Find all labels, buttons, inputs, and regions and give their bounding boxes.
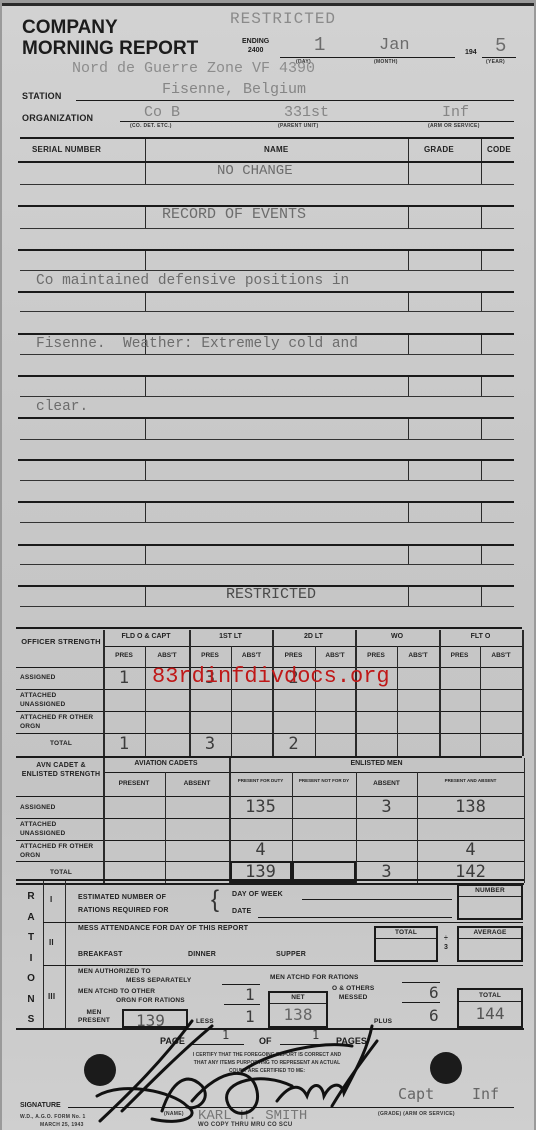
officer-cell[interactable]: 1 [103, 667, 145, 689]
enlisted-cell[interactable] [292, 840, 356, 861]
col-divider [481, 251, 482, 270]
divisor: 3 [441, 943, 451, 952]
col-divider [145, 546, 146, 564]
day-of-week-label: DAY OF WEEK [232, 891, 283, 898]
mess-total-label: TOTAL [376, 928, 436, 939]
men-atchd-other-value: 1 [245, 985, 255, 1004]
officer-cell[interactable] [315, 689, 355, 711]
supper-label: SUPPER [276, 951, 306, 958]
date-field[interactable] [258, 917, 452, 918]
col-divider [145, 587, 146, 606]
rations-side-letter: T [24, 928, 38, 949]
officer-cell[interactable] [397, 667, 439, 689]
average-label: AVERAGE [459, 928, 521, 939]
officer-cell[interactable] [103, 689, 145, 711]
officer-strength-title: OFFICER STRENGTH [18, 637, 104, 646]
roster-rule-thick [18, 544, 514, 546]
org-arm-caption: (ARM OR SERVICE) [428, 123, 480, 129]
col-divider [408, 335, 409, 354]
enlisted-cell[interactable] [103, 796, 165, 818]
officer-cell[interactable] [103, 711, 145, 733]
officer-cell[interactable] [439, 667, 480, 689]
col-grade: GRADE [424, 145, 454, 154]
enlisted-row-line [16, 883, 524, 885]
rations-total-label: TOTAL [459, 990, 521, 1002]
col-divider [481, 335, 482, 354]
officer-row-label: ATTACHED UNASSIGNED [20, 691, 102, 709]
officer-cell[interactable] [272, 689, 315, 711]
roster-rule-thin [20, 606, 514, 607]
officer-subcol-header: PRES [189, 652, 231, 659]
col-divider [481, 139, 482, 161]
officer-subcol-header: PRES [272, 652, 315, 659]
col-divider [481, 587, 482, 606]
divide-by-three: ÷ 3 [441, 934, 451, 952]
officer-row-label: ASSIGNED [20, 673, 102, 682]
officer-subcol-header: ABS'T [231, 652, 272, 659]
officer-cell[interactable] [439, 689, 480, 711]
officer-cell[interactable] [397, 689, 439, 711]
o-others-line2: MESSED [332, 993, 374, 1002]
roster-rule-thin [20, 184, 514, 185]
officer-cell[interactable] [355, 711, 397, 733]
enlisted-cell[interactable] [165, 840, 229, 861]
month-caption: (MONTH) [374, 59, 398, 65]
enlisted-cell[interactable]: 3 [356, 796, 417, 818]
org-company-caption: (CO. DET. ETC.) [130, 123, 172, 129]
col-name: NAME [264, 145, 288, 154]
month-value: Jan [379, 36, 410, 55]
officer-cell[interactable] [315, 711, 355, 733]
officer-subcol-header: ABS'T [397, 652, 439, 659]
officer-group-header: FLT O [439, 633, 522, 640]
rations-divider [65, 881, 66, 1028]
officer-cell[interactable] [439, 733, 480, 756]
officer-cell[interactable] [439, 711, 480, 733]
roster-rule-thick [18, 501, 514, 503]
officer-cell[interactable]: 1 [103, 733, 145, 756]
watermark-text: 83rdinfdivdocs.org [152, 664, 390, 689]
enlisted-cell[interactable] [356, 818, 417, 840]
officer-group-header: FLD O & CAPT [103, 633, 189, 640]
enlisted-row-label: ASSIGNED [20, 803, 102, 812]
average-box[interactable]: AVERAGE [457, 926, 523, 962]
officer-cell[interactable] [480, 667, 522, 689]
officer-cell[interactable] [480, 689, 522, 711]
ending-label: ENDING 2400 [242, 37, 269, 55]
org-unit-value: 331st [284, 104, 329, 121]
rations-total-value: 144 [459, 1002, 521, 1025]
officer-cell[interactable] [189, 711, 231, 733]
officer-cell[interactable] [145, 689, 189, 711]
officer-cell[interactable] [480, 733, 522, 756]
col-divider [481, 163, 482, 184]
breakfast-label: BREAKFAST [78, 951, 123, 958]
enlisted-cell[interactable] [417, 818, 524, 840]
officer-subcol-header: ABS'T [145, 652, 189, 659]
officer-subcol-header: PRES [439, 652, 480, 659]
col-divider [408, 207, 409, 228]
officer-subcol-header: PRES [103, 652, 145, 659]
enlisted-col-header: ABSENT [358, 779, 415, 788]
plus-value: 6 [429, 1006, 439, 1025]
event-line: Fisenne. Weather: Extremely cold and [36, 334, 358, 355]
officer-top-line [16, 627, 522, 629]
col-divider [481, 207, 482, 228]
morning-report-form: RESTRICTED COMPANY MORNING REPORT ENDING… [2, 3, 534, 1130]
enlisted-cell[interactable]: 4 [417, 840, 524, 861]
enlisted-col-header: ABSENT [167, 779, 227, 788]
enlisted-col-header: PRESENT NOT FOR DY [294, 776, 354, 785]
station-label: STATION [22, 91, 62, 101]
no-change-text: NO CHANGE [217, 163, 293, 179]
day-value: 1 [314, 34, 325, 56]
form-title-line1: COMPANY [22, 18, 118, 38]
form-title-line2: MORNING REPORT [22, 39, 198, 59]
officer-subcol-header: ABS'T [315, 652, 355, 659]
officer-group-header: 2D LT [272, 633, 355, 640]
men-atchd-other-underline [224, 1004, 260, 1005]
col-divider [408, 546, 409, 564]
grade-value: Capt [398, 1085, 434, 1103]
col-divider [481, 503, 482, 522]
org-unit-caption: (PARENT UNIT) [278, 123, 318, 129]
officer-row-label: TOTAL [20, 739, 102, 748]
roster-rule-thin [20, 564, 514, 565]
ending-label-1: ENDING [242, 37, 269, 46]
rations-section-line [43, 922, 523, 923]
date-label: DATE [232, 908, 251, 915]
roster-top-line [20, 137, 514, 139]
number-box[interactable]: NUMBER [457, 884, 523, 920]
enlisted-cell[interactable] [165, 818, 229, 840]
officer-col-line [522, 630, 524, 756]
officer-cell[interactable] [272, 711, 315, 733]
estimated-rations-line2: RATIONS REQUIRED FOR [78, 904, 169, 917]
enlisted-header-divider [103, 772, 524, 773]
enlisted-cell[interactable]: 138 [417, 796, 524, 818]
year-underline [482, 57, 516, 58]
officer-subcol-header: ABS'T [480, 652, 522, 659]
men-authorized-line2: MESS SEPARATELY [126, 977, 191, 984]
officer-cell[interactable] [355, 689, 397, 711]
event-line: Co maintained defensive positions in [36, 271, 358, 292]
officer-cell[interactable]: 2 [272, 733, 315, 756]
o-others-underline [402, 1002, 440, 1003]
record-of-events-heading: RECORD OF EVENTS [162, 206, 306, 223]
enlisted-cell[interactable] [229, 818, 292, 840]
rations-side-letter: O [24, 969, 38, 990]
col-divider [408, 139, 409, 161]
organization-label: ORGANIZATION [22, 113, 93, 123]
signature-label: SIGNATURE [20, 1102, 61, 1109]
officer-cell[interactable] [397, 733, 439, 756]
brace-icon: { [211, 888, 219, 912]
rations-side-letter: S [24, 1010, 38, 1031]
col-code: CODE [487, 145, 511, 154]
roster-rule-thin [20, 480, 514, 481]
officer-cell[interactable] [231, 711, 272, 733]
section-i-number: I [50, 895, 52, 904]
estimated-rations-label: ESTIMATED NUMBER OF RATIONS REQUIRED FOR [78, 891, 169, 917]
enlisted-cell[interactable]: 4 [229, 840, 292, 861]
enlisted-row-label: TOTAL [20, 868, 102, 877]
day-of-week-field[interactable] [302, 899, 452, 900]
o-others-value: 6 [429, 983, 439, 1002]
men-authorized-line1: MEN AUTHORIZED TO [78, 968, 151, 975]
enlisted-strength-title: AVN CADET & ENLISTED STRENGTH [18, 762, 104, 779]
roster-rule-thin [20, 522, 514, 523]
enlisted-cell[interactable] [165, 796, 229, 818]
organization-underline [120, 121, 514, 122]
year-caption: (YEAR) [486, 59, 505, 65]
col-divider [145, 139, 146, 161]
men-atchd-other-line2: ORGN FOR RATIONS [116, 997, 185, 1004]
col-divider [481, 419, 482, 439]
rations-top-line [16, 879, 524, 881]
enlisted-col-header: PRESENT AND ABSENT [419, 776, 522, 785]
officer-group-header: 1ST LT [189, 633, 272, 640]
restricted-stamp-top: RESTRICTED [230, 10, 336, 28]
officer-cell[interactable] [231, 689, 272, 711]
officer-subcol-header: PRES [355, 652, 397, 659]
org-company-value: Co B [144, 104, 180, 121]
dinner-label: DINNER [188, 951, 216, 958]
officer-row-label: ATTACHED FR OTHER ORGN [20, 713, 102, 731]
o-others-messed-label: O & OTHERS MESSED [332, 984, 374, 1002]
men-atchd-other-line1: MEN ATCHD TO OTHER [78, 988, 155, 995]
net-label: NET [270, 993, 326, 1004]
form-number: W.D., A.G.O. FORM No. 1 [20, 1114, 86, 1120]
divide-icon: ÷ [441, 934, 451, 943]
officer-group-header: WO [355, 633, 439, 640]
col-divider [408, 251, 409, 270]
officer-cell[interactable]: 3 [189, 733, 231, 756]
rations-total-box[interactable]: TOTAL 144 [457, 988, 523, 1028]
enlisted-cell[interactable] [292, 796, 356, 818]
col-divider [145, 503, 146, 522]
col-divider [481, 377, 482, 396]
col-divider [481, 461, 482, 480]
enlisted-cell[interactable] [356, 840, 417, 861]
signature-scribble-icon [92, 1011, 392, 1130]
date-underline [280, 57, 455, 58]
section-ii-number: II [49, 938, 54, 947]
number-box-label: NUMBER [459, 886, 521, 897]
rations-side-letter: N [24, 990, 38, 1011]
org-arm-value: Inf [442, 104, 469, 121]
col-divider [145, 163, 146, 184]
rations-side-letter: A [24, 908, 38, 929]
rations-side-letter: R [24, 887, 38, 908]
record-of-events-text: Co maintained defensive positions in Fis… [36, 229, 358, 460]
station-underline [76, 100, 514, 101]
col-divider [408, 587, 409, 606]
col-divider [481, 546, 482, 564]
men-atchd-for-rations-label: MEN ATCHD FOR RATIONS [270, 974, 359, 981]
year-value: 5 [495, 35, 506, 57]
col-divider [145, 461, 146, 480]
restricted-stamp-bottom: RESTRICTED [226, 586, 316, 603]
rations-divider [43, 881, 44, 1028]
enlisted-cell[interactable] [292, 818, 356, 840]
estimated-rations-line1: ESTIMATED NUMBER OF [78, 891, 169, 904]
col-divider [408, 293, 409, 311]
mess-attendance-label: MESS ATTENDANCE FOR DAY OF THIS REPORT [78, 925, 248, 932]
section-iii-number: III [48, 992, 55, 1001]
officer-cell[interactable] [480, 711, 522, 733]
col-serial-number: SERIAL NUMBER [32, 145, 101, 154]
enlisted-col-header: PRESENT [105, 779, 163, 788]
event-line: clear. [36, 397, 358, 418]
rations-section-line [43, 965, 523, 966]
enlisted-cell[interactable] [103, 840, 165, 861]
arm-value: Inf [472, 1085, 499, 1103]
aviation-cadets-header: AVIATION CADETS [103, 760, 229, 767]
officer-cell[interactable] [315, 733, 355, 756]
col-divider [481, 293, 482, 311]
col-divider [408, 419, 409, 439]
enlisted-col-line [524, 758, 525, 883]
station-value: Fisenne, Belgium [162, 81, 306, 98]
enlisted-col-header: PRESENT FOR DUTY [231, 776, 290, 785]
officer-cell[interactable] [231, 733, 272, 756]
officer-cell[interactable] [189, 689, 231, 711]
col-divider [408, 377, 409, 396]
ending-label-2: 2400 [242, 46, 269, 55]
year-prefix: 194 [465, 49, 477, 56]
enlisted-cell[interactable]: 135 [229, 796, 292, 818]
enlisted-row-label: ATTACHED FR OTHER ORGN [20, 842, 102, 860]
enlisted-cell[interactable] [103, 818, 165, 840]
col-divider [408, 461, 409, 480]
o-others-line1: O & OTHERS [332, 984, 374, 993]
location-note: Nord de Guerre Zone VF 4390 [72, 60, 315, 77]
enlisted-men-header: ENLISTED MEN [229, 760, 524, 767]
mess-total-box[interactable]: TOTAL [374, 926, 438, 962]
officer-header-divider [103, 646, 522, 647]
officer-cell[interactable] [145, 733, 189, 756]
col-divider [145, 207, 146, 228]
form-date: MARCH 25, 1943 [40, 1122, 84, 1128]
officer-cell[interactable] [145, 711, 189, 733]
rations-side-letter: I [24, 949, 38, 970]
rations-side-label: RATIONS [24, 887, 38, 1031]
officer-cell[interactable] [355, 733, 397, 756]
officer-row-line [16, 756, 522, 758]
officer-cell[interactable] [397, 711, 439, 733]
col-divider [408, 503, 409, 522]
enlisted-row-label: ATTACHED UNASSIGNED [20, 820, 102, 838]
col-divider [408, 163, 409, 184]
binder-hole-right [430, 1052, 462, 1084]
